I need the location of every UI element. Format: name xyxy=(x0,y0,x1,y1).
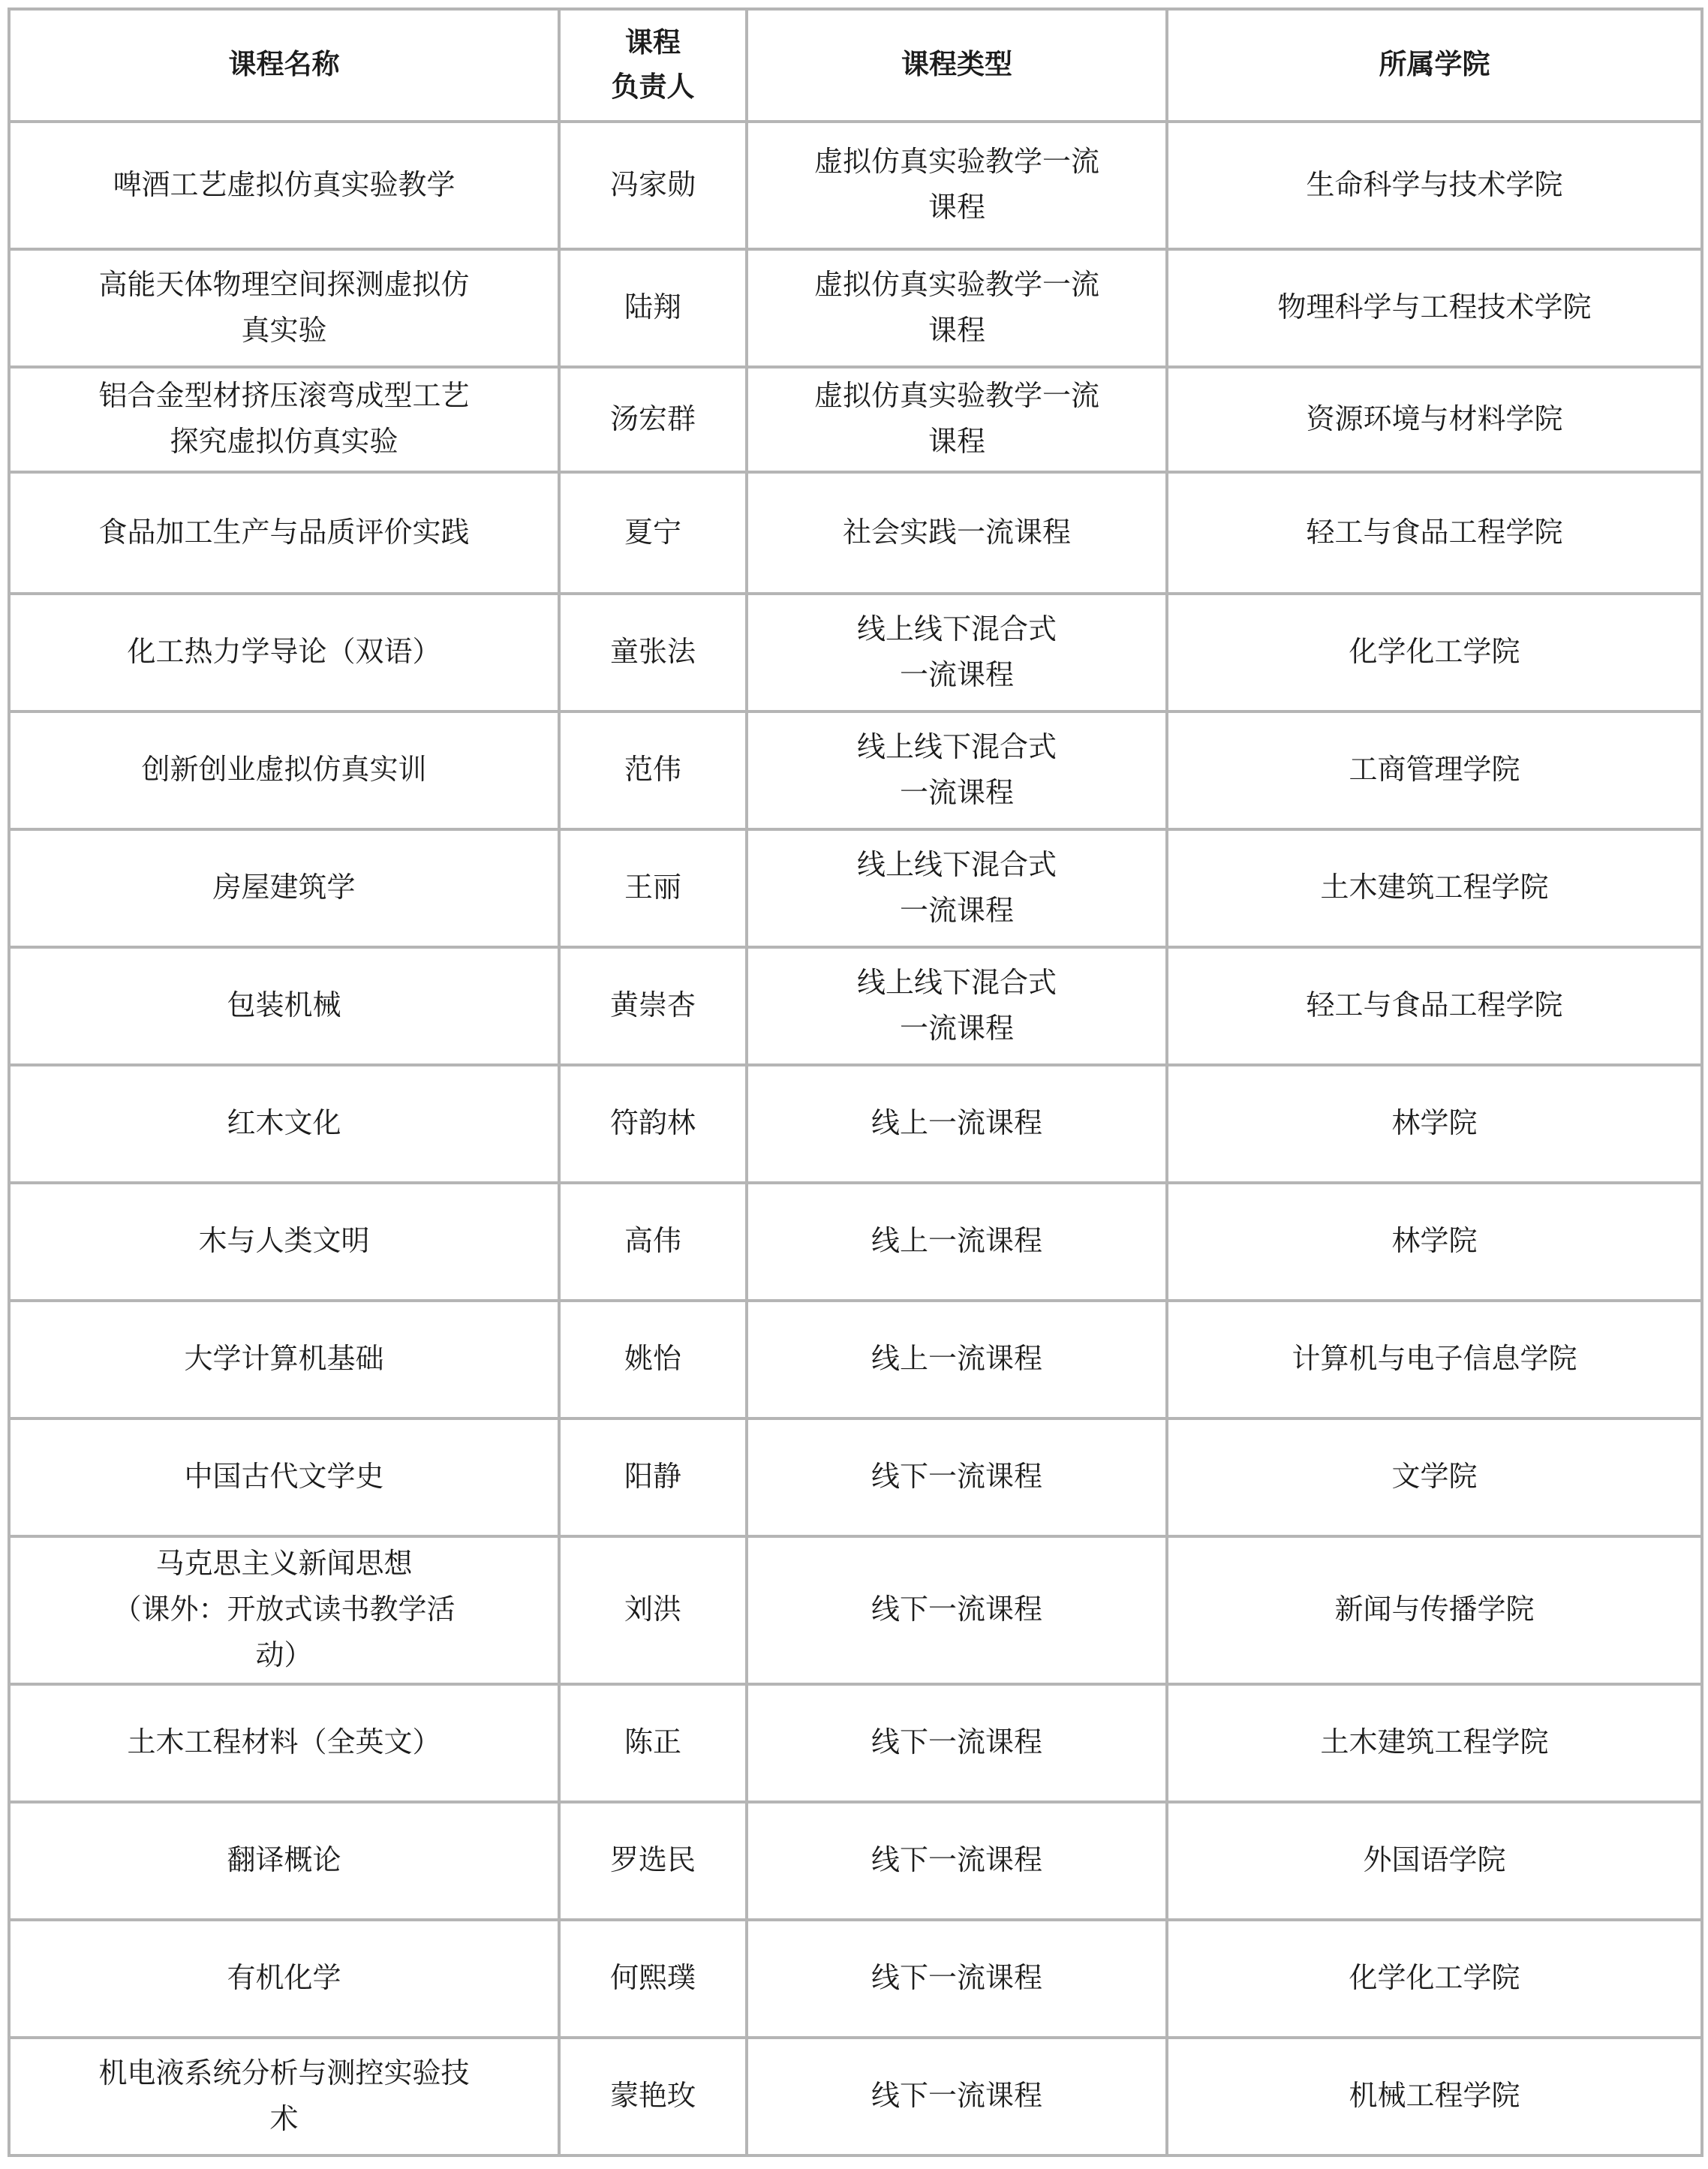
cell-college: 外国语学院 xyxy=(1167,1802,1702,1920)
cell-course-name: 木与人类文明 xyxy=(9,1183,559,1301)
cell-college: 物理科学与工程技术学院 xyxy=(1167,249,1702,367)
cell-course-type: 虚拟仿真实验教学一流 课程 xyxy=(747,249,1167,367)
cell-course-type: 线上线下混合式 一流课程 xyxy=(747,711,1167,829)
page: 课程名称 课程 负责人 课程类型 所属学院 啤酒工艺虚拟仿真实验教学 冯家勋 虚… xyxy=(0,0,1708,2169)
cell-course-name: 包装机械 xyxy=(9,947,559,1065)
cell-course-leader: 陆翔 xyxy=(559,249,747,367)
cell-college: 文学院 xyxy=(1167,1418,1702,1536)
cell-course-name: 化工热力学导论（双语） xyxy=(9,594,559,711)
table-row: 中国古代文学史 阳静 线下一流课程 文学院 xyxy=(9,1418,1702,1536)
cell-course-name: 红木文化 xyxy=(9,1065,559,1183)
cell-college: 轻工与食品工程学院 xyxy=(1167,472,1702,594)
cell-course-type: 线上一流课程 xyxy=(747,1183,1167,1301)
cell-college: 计算机与电子信息学院 xyxy=(1167,1301,1702,1418)
table-row: 大学计算机基础 姚怡 线上一流课程 计算机与电子信息学院 xyxy=(9,1301,1702,1418)
cell-course-name: 有机化学 xyxy=(9,1920,559,2038)
table-row: 翻译概论 罗选民 线下一流课程 外国语学院 xyxy=(9,1802,1702,1920)
header-course-leader: 课程 负责人 xyxy=(559,9,747,122)
cell-course-leader: 高伟 xyxy=(559,1183,747,1301)
cell-course-leader: 汤宏群 xyxy=(559,367,747,472)
cell-course-leader: 何熙璞 xyxy=(559,1920,747,2038)
cell-course-type: 社会实践一流课程 xyxy=(747,472,1167,594)
cell-course-leader: 符韵林 xyxy=(559,1065,747,1183)
cell-college: 化学化工学院 xyxy=(1167,1920,1702,2038)
cell-college: 林学院 xyxy=(1167,1065,1702,1183)
table-body: 啤酒工艺虚拟仿真实验教学 冯家勋 虚拟仿真实验教学一流 课程 生命科学与技术学院… xyxy=(9,122,1702,2155)
cell-course-name: 机电液系统分析与测控实验技 术 xyxy=(9,2038,559,2155)
table-row: 有机化学 何熙璞 线下一流课程 化学化工学院 xyxy=(9,1920,1702,2038)
cell-course-type: 线下一流课程 xyxy=(747,1802,1167,1920)
cell-course-type: 线上一流课程 xyxy=(747,1301,1167,1418)
table-row: 包装机械 黄崇杏 线上线下混合式 一流课程 轻工与食品工程学院 xyxy=(9,947,1702,1065)
cell-course-type: 线上线下混合式 一流课程 xyxy=(747,947,1167,1065)
table-row: 土木工程材料（全英文） 陈正 线下一流课程 土木建筑工程学院 xyxy=(9,1684,1702,1802)
cell-course-name: 大学计算机基础 xyxy=(9,1301,559,1418)
cell-course-leader: 罗选民 xyxy=(559,1802,747,1920)
cell-course-leader: 童张法 xyxy=(559,594,747,711)
cell-course-type: 线下一流课程 xyxy=(747,1684,1167,1802)
cell-course-type: 线下一流课程 xyxy=(747,1536,1167,1684)
table-header: 课程名称 课程 负责人 课程类型 所属学院 xyxy=(9,9,1702,122)
cell-course-leader: 阳静 xyxy=(559,1418,747,1536)
cell-course-type: 虚拟仿真实验教学一流 课程 xyxy=(747,122,1167,249)
cell-course-type: 线上一流课程 xyxy=(747,1065,1167,1183)
table-row: 红木文化 符韵林 线上一流课程 林学院 xyxy=(9,1065,1702,1183)
table-row: 机电液系统分析与测控实验技 术 蒙艳玫 线下一流课程 机械工程学院 xyxy=(9,2038,1702,2155)
table-row: 创新创业虚拟仿真实训 范伟 线上线下混合式 一流课程 工商管理学院 xyxy=(9,711,1702,829)
cell-course-leader: 蒙艳玫 xyxy=(559,2038,747,2155)
cell-course-name: 土木工程材料（全英文） xyxy=(9,1684,559,1802)
cell-college: 化学化工学院 xyxy=(1167,594,1702,711)
cell-course-type: 线下一流课程 xyxy=(747,2038,1167,2155)
header-course-name: 课程名称 xyxy=(9,9,559,122)
cell-course-type: 线上线下混合式 一流课程 xyxy=(747,829,1167,947)
cell-college: 工商管理学院 xyxy=(1167,711,1702,829)
cell-course-name: 房屋建筑学 xyxy=(9,829,559,947)
cell-course-name: 啤酒工艺虚拟仿真实验教学 xyxy=(9,122,559,249)
table-row: 房屋建筑学 王丽 线上线下混合式 一流课程 土木建筑工程学院 xyxy=(9,829,1702,947)
cell-course-name: 中国古代文学史 xyxy=(9,1418,559,1536)
cell-college: 新闻与传播学院 xyxy=(1167,1536,1702,1684)
cell-college: 土木建筑工程学院 xyxy=(1167,829,1702,947)
table-row: 食品加工生产与品质评价实践 夏宁 社会实践一流课程 轻工与食品工程学院 xyxy=(9,472,1702,594)
cell-course-leader: 刘洪 xyxy=(559,1536,747,1684)
cell-college: 机械工程学院 xyxy=(1167,2038,1702,2155)
header-course-type: 课程类型 xyxy=(747,9,1167,122)
table-row: 化工热力学导论（双语） 童张法 线上线下混合式 一流课程 化学化工学院 xyxy=(9,594,1702,711)
cell-course-leader: 夏宁 xyxy=(559,472,747,594)
table-row: 高能天体物理空间探测虚拟仿 真实验 陆翔 虚拟仿真实验教学一流 课程 物理科学与… xyxy=(9,249,1702,367)
cell-course-name: 高能天体物理空间探测虚拟仿 真实验 xyxy=(9,249,559,367)
cell-college: 生命科学与技术学院 xyxy=(1167,122,1702,249)
cell-course-name: 创新创业虚拟仿真实训 xyxy=(9,711,559,829)
cell-course-type: 线下一流课程 xyxy=(747,1418,1167,1536)
cell-course-type: 线下一流课程 xyxy=(747,1920,1167,2038)
cell-course-name: 食品加工生产与品质评价实践 xyxy=(9,472,559,594)
cell-course-leader: 姚怡 xyxy=(559,1301,747,1418)
cell-college: 资源环境与材料学院 xyxy=(1167,367,1702,472)
cell-course-name: 铝合金型材挤压滚弯成型工艺 探究虚拟仿真实验 xyxy=(9,367,559,472)
cell-course-type: 线上线下混合式 一流课程 xyxy=(747,594,1167,711)
cell-course-type: 虚拟仿真实验教学一流 课程 xyxy=(747,367,1167,472)
cell-course-leader: 范伟 xyxy=(559,711,747,829)
table-row: 啤酒工艺虚拟仿真实验教学 冯家勋 虚拟仿真实验教学一流 课程 生命科学与技术学院 xyxy=(9,122,1702,249)
cell-course-leader: 黄崇杏 xyxy=(559,947,747,1065)
cell-course-name: 翻译概论 xyxy=(9,1802,559,1920)
cell-college: 土木建筑工程学院 xyxy=(1167,1684,1702,1802)
header-college: 所属学院 xyxy=(1167,9,1702,122)
cell-course-leader: 冯家勋 xyxy=(559,122,747,249)
course-table: 课程名称 课程 负责人 课程类型 所属学院 啤酒工艺虚拟仿真实验教学 冯家勋 虚… xyxy=(8,8,1703,2157)
cell-college: 林学院 xyxy=(1167,1183,1702,1301)
header-row: 课程名称 课程 负责人 课程类型 所属学院 xyxy=(9,9,1702,122)
cell-course-leader: 王丽 xyxy=(559,829,747,947)
cell-college: 轻工与食品工程学院 xyxy=(1167,947,1702,1065)
table-row: 木与人类文明 高伟 线上一流课程 林学院 xyxy=(9,1183,1702,1301)
cell-course-name: 马克思主义新闻思想 （课外：开放式读书教学活 动） xyxy=(9,1536,559,1684)
table-row: 马克思主义新闻思想 （课外：开放式读书教学活 动） 刘洪 线下一流课程 新闻与传… xyxy=(9,1536,1702,1684)
cell-course-leader: 陈正 xyxy=(559,1684,747,1802)
table-row: 铝合金型材挤压滚弯成型工艺 探究虚拟仿真实验 汤宏群 虚拟仿真实验教学一流 课程… xyxy=(9,367,1702,472)
